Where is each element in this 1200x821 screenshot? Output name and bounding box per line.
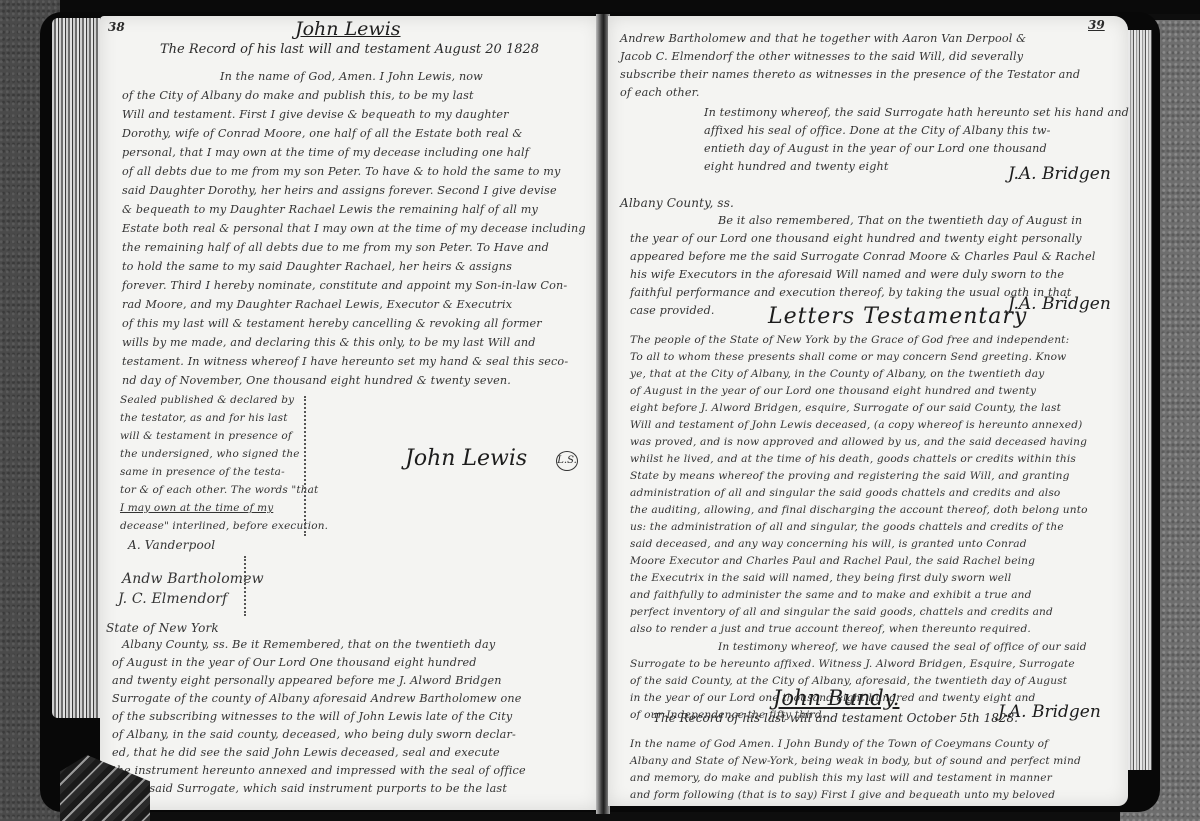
will-line: Dorothy, wife of Conrad Moore, one half …: [122, 127, 523, 140]
left-page: 38 John Lewis The Record of his last wil…: [100, 16, 600, 810]
witness-bracket: [240, 556, 246, 616]
will-line: forever. Third I hereby nominate, consti…: [122, 279, 567, 292]
letters-line: whilst he lived, and at the time of his …: [630, 453, 1076, 465]
testimony-line: In testimony whereof, the said Surrogate…: [704, 106, 1129, 119]
page-edges-left: [52, 18, 102, 718]
attestation-line: tor & of each other. The words "that: [120, 484, 318, 496]
will-line: and form following (that is to say) Firs…: [630, 789, 1055, 801]
proof-line: and twenty eight personally appeared bef…: [112, 674, 502, 687]
page-edges-right: [1128, 30, 1152, 770]
attestation-line: will & testament in presence of: [120, 430, 292, 442]
witness-signature: A. Vanderpool: [128, 538, 215, 552]
proof-line: Albany County, ss. Be it Remembered, tha…: [122, 638, 495, 651]
proof-line: ed, that he did see the said John Lewis …: [112, 746, 500, 759]
letters-line: said deceased, and any way concerning hi…: [630, 538, 1027, 550]
page-number-left: 38: [108, 20, 125, 34]
proof-line: Andrew Bartholomew and that he together …: [620, 32, 1026, 45]
oath-line: Be it also remembered, That on the twent…: [718, 214, 1082, 227]
testimony-line: affixed his seal of office. Done at the …: [704, 124, 1051, 137]
will-line: the remaining half of all debts due to m…: [122, 241, 549, 254]
seal-icon: L.S.: [556, 451, 578, 471]
will-line: nd day of November, One thousand eight h…: [122, 374, 511, 387]
right-page: 39 Andrew Bartholomew and that he togeth…: [608, 16, 1128, 806]
proof-heading: State of New York: [106, 621, 219, 635]
letters-line: also to render a just and true account t…: [630, 623, 1031, 635]
letters-line: To all to whom these presents shall come…: [630, 351, 1066, 363]
proof-line: of each other.: [620, 86, 700, 99]
will-line: to hold the same to my said Daughter Rac…: [122, 260, 512, 273]
will-line: of all debts due to me from my son Peter…: [122, 165, 560, 178]
will-line: Will and testament. First I give devise …: [122, 108, 509, 121]
will-line: rad Moore, and my Daughter Rachael Lewis…: [122, 298, 512, 311]
will-line: and memory, do make and publish this my …: [630, 772, 1052, 784]
letters-testimony-line: Surrogate to be hereunto affixed. Witnes…: [630, 658, 1075, 670]
attestation-line: Sealed published & declared by: [120, 394, 294, 406]
will-line: personal, that I may own at the time of …: [122, 146, 529, 159]
will-line: of the City of Albany do make and publis…: [122, 89, 474, 102]
letters-line: State by means whereof the proving and r…: [630, 470, 1070, 482]
oath-line: faithful performance and execution there…: [630, 286, 1072, 299]
will-line: testament. In witness whereof I have her…: [122, 355, 568, 368]
attestation-line: decease" interlined, before execution.: [120, 520, 328, 532]
witness-signature: J. C. Elmendorf: [118, 591, 227, 607]
surrogate-signature-1: J.A. Bridgen: [1008, 164, 1111, 184]
letters-testimony-line: In testimony whereof, we have caused the…: [718, 641, 1087, 653]
letters-line: was proved, and is now approved and allo…: [630, 436, 1087, 448]
letters-line: administration of all and singular the s…: [630, 487, 1060, 499]
attestation-line: the undersigned, who signed the: [120, 448, 300, 460]
letters-testamentary-heading: Letters Testamentary: [768, 304, 1027, 329]
letters-line: the Executrix in the said will named, th…: [630, 572, 1011, 584]
proof-line: of August in the year of Our Lord One th…: [112, 656, 477, 669]
record-heading-john-bundy: John Bundy.: [773, 686, 899, 710]
will-line: said Daughter Dorothy, her heirs and ass…: [122, 184, 557, 197]
letters-line: ye, that at the City of Albany, in the C…: [630, 368, 1044, 380]
will-line: In the name of God, Amen. I John Lewis, …: [220, 70, 483, 83]
will-line: & bequeath to my Daughter Rachael Lewis …: [122, 203, 538, 216]
testimony-line: entieth day of August in the year of our…: [704, 142, 1047, 155]
record-subheading: The Record of his last will and testamen…: [160, 42, 539, 57]
letters-line: the auditing, allowing, and final discha…: [630, 504, 1088, 516]
proof-line: Jacob C. Elmendorf the other witnesses t…: [620, 50, 1023, 63]
attestation-line: the testator, as and for his last: [120, 412, 288, 424]
letters-line: eight before J. Alword Bridgen, esquire,…: [630, 402, 1061, 414]
oath-line: case provided.: [630, 304, 715, 317]
record-subheading-john-bundy: The Record of his last will and testamen…: [653, 711, 1018, 725]
letters-line: and faithfully to administer the same an…: [630, 589, 1032, 601]
letters-line: Moore Executor and Charles Paul and Rach…: [630, 555, 1035, 567]
oath-line: his wife Executors in the aforesaid Will…: [630, 268, 1064, 281]
proof-line: of Albany, in the said county, deceased,…: [112, 728, 516, 741]
oath-line: the year of our Lord one thousand eight …: [630, 232, 1082, 245]
testimony-line: eight hundred and twenty eight: [704, 160, 889, 173]
will-line: Albany and State of New-York, being weak…: [630, 755, 1081, 767]
oath-heading: Albany County, ss.: [620, 196, 734, 210]
attestation-line: same in presence of the testa-: [120, 466, 285, 478]
letters-line: perfect inventory of all and singular th…: [630, 606, 1053, 618]
proof-line: the instrument hereunto annexed and impr…: [112, 764, 526, 777]
will-line: In the name of God Amen. I John Bundy of…: [630, 738, 1048, 750]
page-number-right: 39: [1088, 18, 1105, 32]
proof-line: of the said Surrogate, which said instru…: [112, 782, 507, 795]
proof-line: subscribe their names thereto as witness…: [620, 68, 1080, 81]
oath-line: appeared before me the said Surrogate Co…: [630, 250, 1095, 263]
attestation-line: I may own at the time of my: [120, 502, 273, 514]
will-line: wills by me made, and declaring this & t…: [122, 336, 536, 349]
letters-line: The people of the State of New York by t…: [630, 334, 1069, 346]
letters-line: us: the administration of all and singul…: [630, 521, 1064, 533]
letters-line: of August in the year of our Lord one th…: [630, 385, 1036, 397]
will-line: of this my last will & testament hereby …: [122, 317, 542, 330]
attestation-bracket: [300, 396, 306, 536]
proof-line: of the subscribing witnesses to the will…: [112, 710, 512, 723]
record-heading-john-lewis: John Lewis: [295, 18, 401, 40]
letters-line: Will and testament of John Lewis decease…: [630, 419, 1082, 431]
will-line: Estate both real & personal that I may o…: [122, 222, 586, 235]
proof-line: Surrogate of the county of Albany afores…: [112, 692, 521, 705]
testator-signature: John Lewis: [405, 446, 527, 471]
